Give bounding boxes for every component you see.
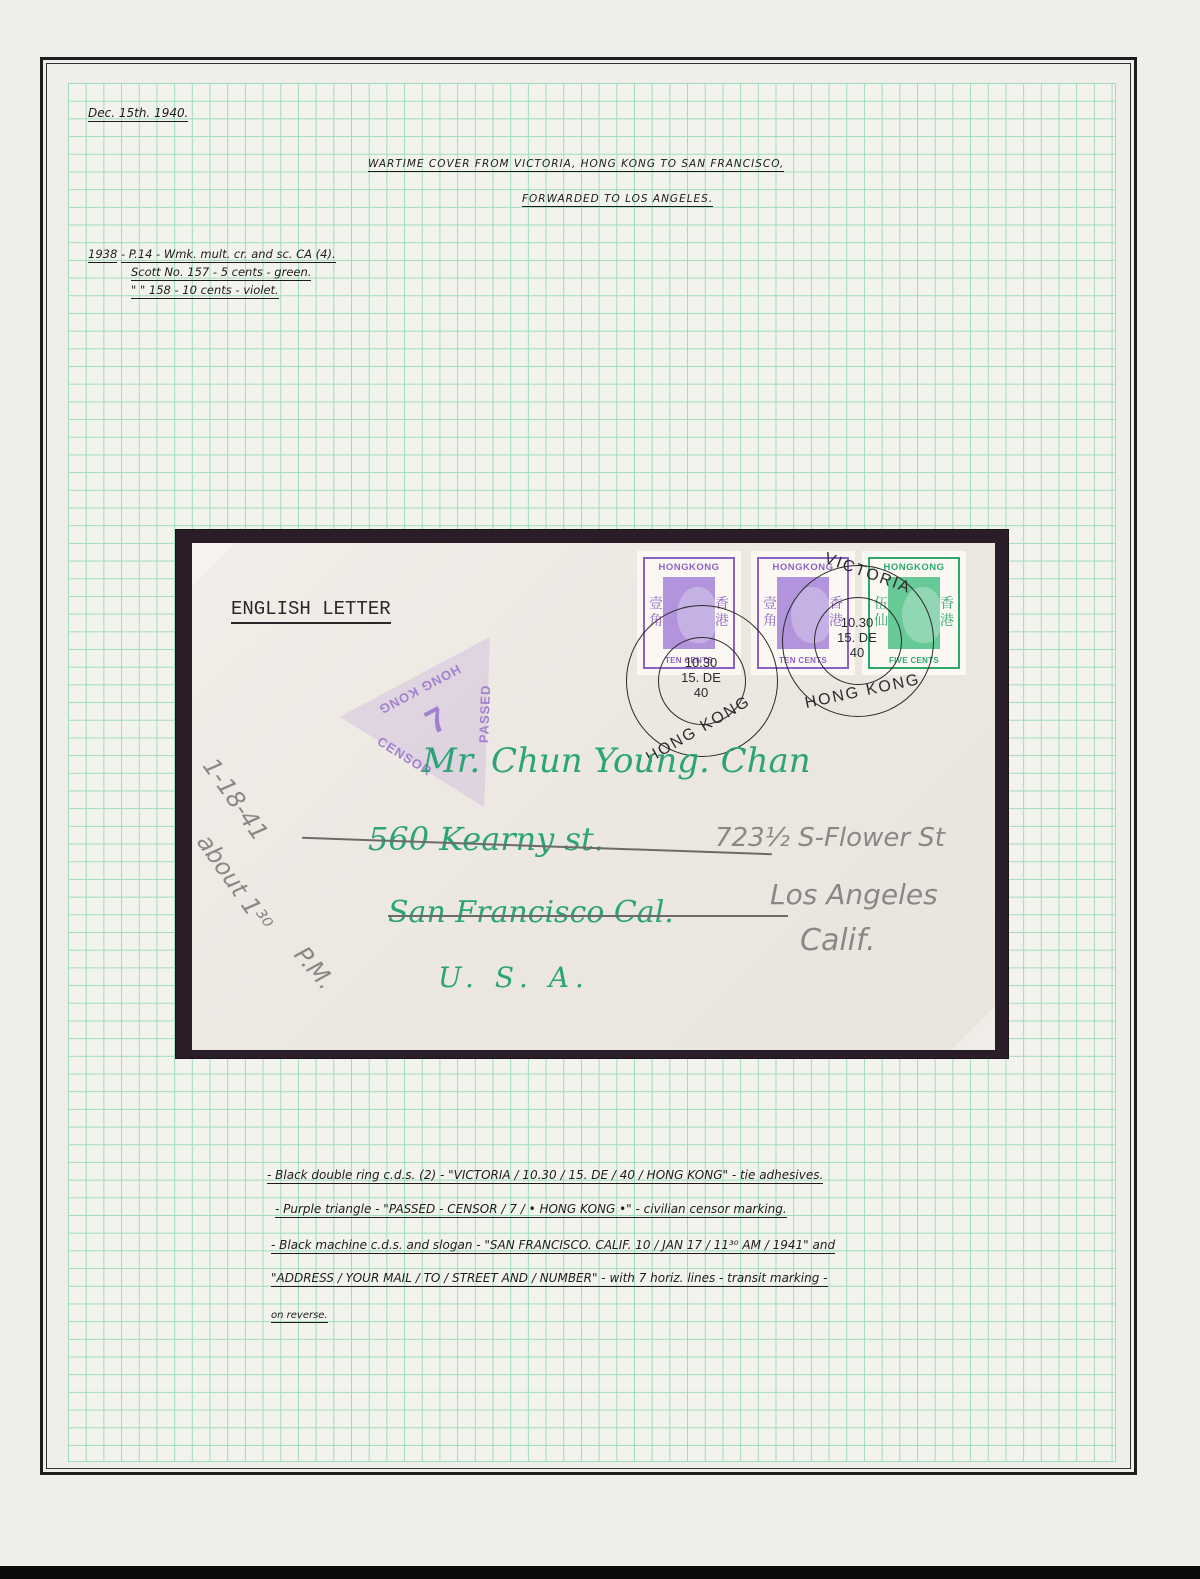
- spec-line-3: " " 158 - 10 cents - violet.: [131, 283, 279, 299]
- typed-label: ENGLISH LETTER: [231, 598, 391, 624]
- stamp-chinese-value: 壹角: [763, 595, 777, 629]
- pencil-received-time: about 1³⁰: [192, 829, 278, 936]
- envelope: ENGLISH LETTER HONGKONG 壹角 香港 TEN CENTS …: [192, 543, 995, 1050]
- photo-corner-bottom-right: [951, 1006, 995, 1050]
- strikethrough-line: [388, 915, 788, 917]
- page-title-line-1: Wartime cover from Victoria, Hong Kong t…: [368, 158, 784, 172]
- postmark-center: 10.30 15. DE 40: [662, 655, 740, 700]
- forwarding-street: 723½ S-Flower St: [715, 823, 945, 853]
- forwarding-state: Calif.: [800, 923, 876, 958]
- address-city-struck: San Francisco Cal.: [388, 895, 674, 930]
- censor-right-text: PASSED: [476, 684, 493, 743]
- stamp-chinese-country: 香港: [940, 595, 954, 629]
- scan-edge-strip: [0, 1566, 1200, 1579]
- note-line-3: - Black machine c.d.s. and slogan - "SAN…: [271, 1238, 835, 1254]
- note-line-4: "ADDRESS / YOUR MAIL / TO / STREET AND /…: [271, 1271, 828, 1287]
- page-title-line-2: Forwarded to Los Angeles.: [522, 193, 713, 207]
- photo-corner-top-left: [192, 543, 236, 587]
- spec-line-1: 1938 - P.14 - Wmk. mult. cr. and sc. CA …: [88, 247, 336, 261]
- forwarding-city: Los Angeles: [770, 878, 938, 911]
- note-line-2: - Purple triangle - "PASSED - CENSOR / 7…: [275, 1202, 787, 1218]
- addressee-name: Mr. Chun Young. Chan: [422, 741, 811, 781]
- note-line-5: on reverse.: [271, 1310, 328, 1323]
- address-street-struck: 560 Kearny st.: [368, 820, 604, 858]
- page-date: Dec. 15th. 1940.: [88, 106, 188, 122]
- address-country: U. S. A.: [438, 961, 590, 994]
- spec-perf-watermark: - P.14 - Wmk. mult. cr. and sc. CA (4).: [121, 247, 336, 263]
- stamp-country: HONGKONG: [645, 562, 733, 573]
- spec-year: 1938: [88, 247, 117, 263]
- note-line-1: - Black double ring c.d.s. (2) - "VICTOR…: [267, 1168, 823, 1184]
- spec-line-2: Scott No. 157 - 5 cents - green.: [131, 265, 311, 281]
- postmark-center: 10.30 15. DE 40: [818, 615, 896, 660]
- pencil-received-pm: P.M.: [289, 941, 341, 995]
- cover-mount-frame: ENGLISH LETTER HONGKONG 壹角 香港 TEN CENTS …: [176, 530, 1008, 1058]
